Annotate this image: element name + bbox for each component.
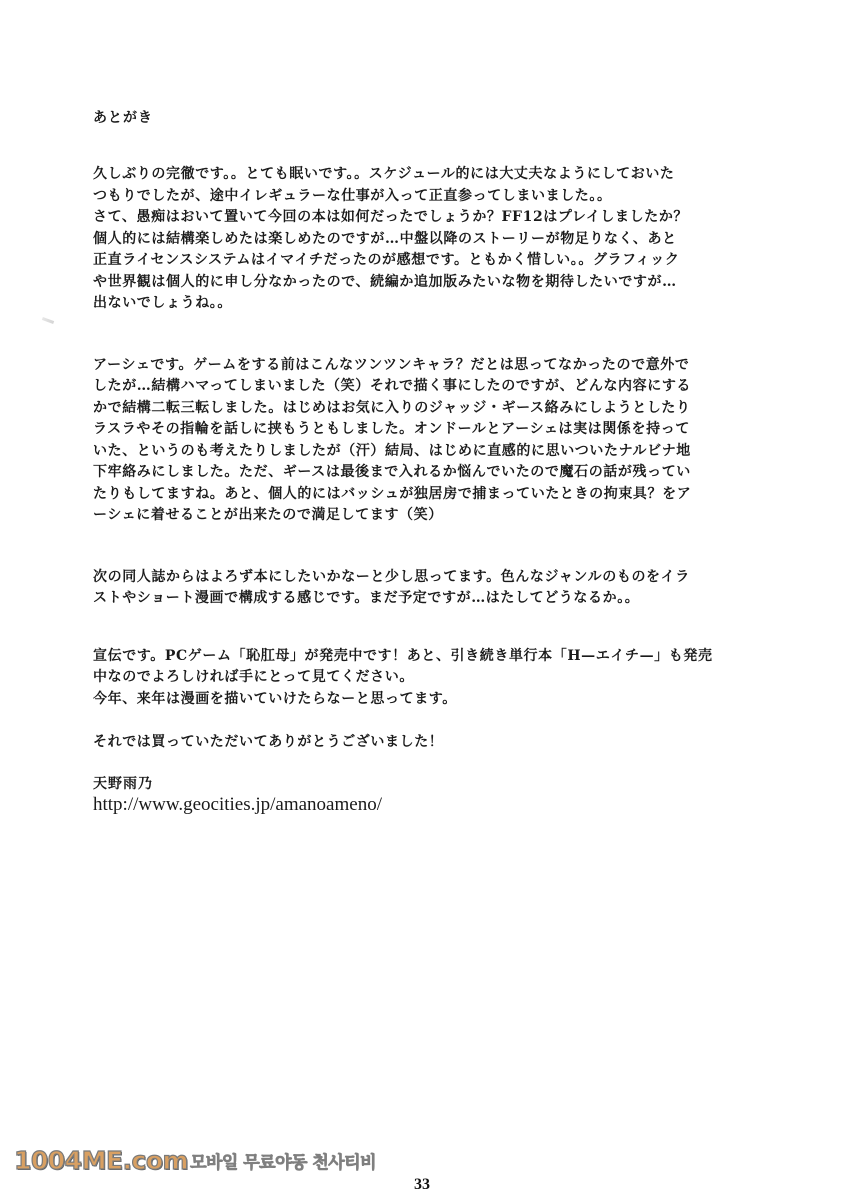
text-line: 出ないでしょうね。。	[93, 293, 773, 315]
text-line: いた、というのも考えたりしましたが（汗）結局、はじめに直感的に思いついたナルビナ…	[93, 441, 773, 463]
text-line: 中なのでよろしければ手にとって見てください。	[93, 667, 773, 689]
paragraph-thanks: それでは買っていただいてありがとうございました！	[93, 732, 773, 754]
document-page: あとがき 久しぶりの完徹です。。とても眠いです。。スケジュール的には大丈夫なよう…	[0, 0, 850, 1192]
paragraph-ashe: アーシェです。ゲームをする前はこんなツンツンキャラ？だとは思ってなかったので意外…	[93, 355, 773, 527]
text-line: 宣伝です。PCゲーム「恥肛母」が発売中です！あと、引き続き単行本「H—エイチ—」…	[93, 646, 773, 668]
text-line: 久しぶりの完徹です。。とても眠いです。。スケジュール的には大丈夫なようにしておい…	[93, 164, 773, 186]
text-line: したが…結構ハマってしまいました（笑）それで描く事にしたのですが、どんな内容にす…	[93, 376, 773, 398]
author-name: 天野雨乃	[93, 774, 773, 794]
text-line: たりもしてますね。あと、個人的にはバッシュが独居房で捕まっていたときの拘束具？を…	[93, 484, 773, 506]
author-website-link[interactable]: http://www.geocities.jp/amanoameno/	[93, 794, 773, 816]
watermark-brand: 1004ME.com	[14, 1146, 188, 1175]
afterword-body: あとがき 久しぶりの完徹です。。とても眠いです。。スケジュール的には大丈夫なよう…	[93, 108, 773, 816]
text-line: かで結構二転三転しました。はじめはお気に入りのジャッジ・ギース絡みにしようとした…	[93, 398, 773, 420]
text-line: さて、愚痴はおいて置いて今回の本は如何だったでしょうか？FF12はプレイしました…	[93, 207, 773, 229]
text-line: 今年、来年は漫画を描いていけたらなーと思ってます。	[93, 689, 773, 711]
site-watermark: 1004ME.com 모바일 무료야동 천사티비	[14, 1146, 376, 1174]
text-line: 次の同人誌からはよろず本にしたいかなーと少し思ってます。色んなジャンルのものをイ…	[93, 567, 773, 589]
watermark-tagline: 모바일 무료야동 천사티비	[190, 1148, 376, 1173]
text-line: ストやショート漫画で構成する感じです。まだ予定ですが…はたしてどうなるか。。	[93, 588, 773, 610]
text-line: つもりでしたが、途中イレギュラーな仕事が入って正直参ってしまいました。。	[93, 186, 773, 208]
page-number: 33	[414, 1176, 430, 1192]
paragraph-promotion: 宣伝です。PCゲーム「恥肛母」が発売中です！あと、引き続き単行本「H—エイチ—」…	[93, 646, 773, 711]
text-line: 下牢絡みにしました。ただ、ギースは最後まで入れるか悩んでいたので魔石の話が残って…	[93, 462, 773, 484]
scan-artifact	[42, 317, 54, 324]
text-line: や世界観は個人的に申し分なかったので、続編か追加版みたいな物を期待したいですが…	[93, 272, 773, 294]
text-line: ーシェに着せることが出来たので満足してます（笑）	[93, 505, 773, 527]
text-line: それでは買っていただいてありがとうございました！	[93, 732, 773, 754]
text-line: ラスラやその指輪を話しに挟もうともしました。オンドールとアーシェは実は関係を持っ…	[93, 419, 773, 441]
text-line: 個人的には結構楽しめたは楽しめたのですが…中盤以降のストーリーが物足りなく、あと	[93, 229, 773, 251]
text-line: アーシェです。ゲームをする前はこんなツンツンキャラ？だとは思ってなかったので意外…	[93, 355, 773, 377]
paragraph-ff12-impressions: 久しぶりの完徹です。。とても眠いです。。スケジュール的には大丈夫なようにしておい…	[93, 164, 773, 315]
text-line: 正直ライセンスシステムはイマイチだったのが感想です。ともかく惜しい。。グラフィッ…	[93, 250, 773, 272]
afterword-heading: あとがき	[93, 108, 773, 128]
paragraph-next-doujinshi: 次の同人誌からはよろず本にしたいかなーと少し思ってます。色んなジャンルのものをイ…	[93, 567, 773, 610]
